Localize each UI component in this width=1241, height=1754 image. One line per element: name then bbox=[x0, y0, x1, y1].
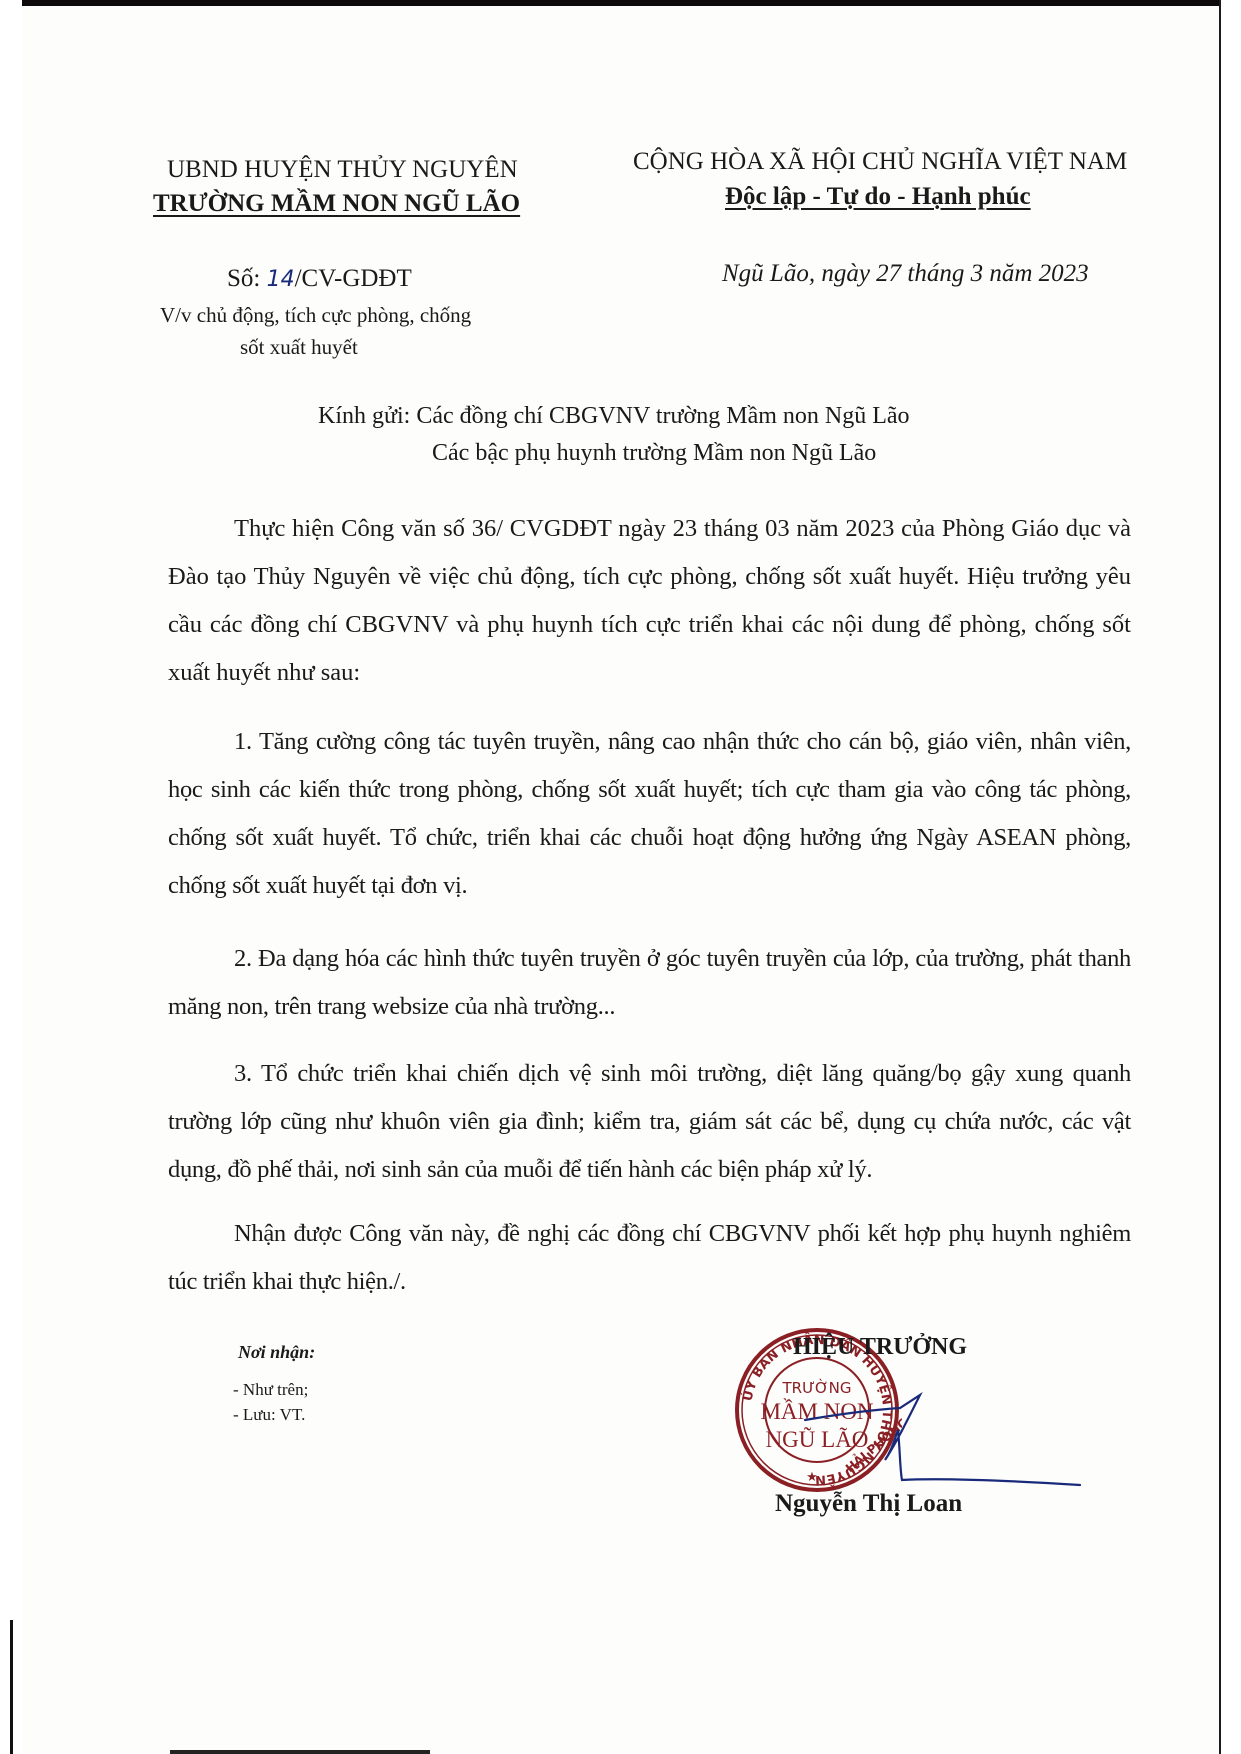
document-number-suffix: /CV-GDĐT bbox=[295, 265, 412, 292]
recipients-list-item: - Như trên; bbox=[233, 1380, 308, 1400]
scan-edge-bottom bbox=[170, 1750, 430, 1754]
item-3-text: 3. Tổ chức triển khai chiến dịch vệ sinh… bbox=[168, 1050, 1131, 1194]
subject-line-1: V/v chủ động, tích cực phòng, chống bbox=[160, 303, 471, 328]
scan-margin-right bbox=[1219, 0, 1241, 1754]
document-number-handwritten: 14 bbox=[267, 267, 295, 292]
national-motto: Độc lập - Tự do - Hạnh phúc bbox=[725, 183, 1031, 211]
organization-name: TRƯỜNG MẦM NON NGŨ LÃO bbox=[153, 190, 520, 218]
intro-paragraph: Thực hiện Công văn số 36/ CVGDĐT ngày 23… bbox=[168, 505, 1131, 697]
subject-line-2: sốt xuất huyết bbox=[240, 335, 358, 360]
recipients-title: Nơi nhận: bbox=[238, 1342, 315, 1363]
issuing-authority: UBND HUYỆN THỦY NGUYÊN bbox=[167, 156, 518, 184]
scan-edge-top bbox=[22, 0, 1222, 6]
intro-text: Thực hiện Công văn số 36/ CVGDĐT ngày 23… bbox=[168, 505, 1131, 697]
handwritten-signature-icon bbox=[800, 1390, 1100, 1500]
signer-title: HIỆU TRƯỞNG bbox=[793, 1334, 967, 1361]
recipients-line-1: Kính gửi: Các đồng chí CBGVNV trường Mầm… bbox=[318, 403, 910, 430]
document-number: Số: 14/CV-GDĐT bbox=[227, 265, 412, 293]
recipients-list-item: - Lưu: VT. bbox=[233, 1405, 305, 1425]
item-2-text: 2. Đa dạng hóa các hình thức tuyên truyề… bbox=[168, 935, 1131, 1031]
nation-name: CỘNG HÒA XÃ HỘI CHỦ NGHĨA VIỆT NAM bbox=[633, 148, 1127, 176]
document-number-prefix: Số: bbox=[227, 265, 260, 292]
closing-text: Nhận được Công văn này, đề nghị các đồng… bbox=[168, 1210, 1131, 1306]
item-1-paragraph: 1. Tăng cường công tác tuyên truyền, nân… bbox=[168, 718, 1131, 910]
closing-paragraph: Nhận được Công văn này, đề nghị các đồng… bbox=[168, 1210, 1131, 1306]
place-and-date: Ngũ Lão, ngày 27 tháng 3 năm 2023 bbox=[722, 260, 1089, 288]
signer-name: Nguyễn Thị Loan bbox=[775, 1490, 962, 1518]
item-3-paragraph: 3. Tổ chức triển khai chiến dịch vệ sinh… bbox=[168, 1050, 1131, 1194]
scan-edge-left bbox=[10, 1620, 13, 1754]
item-1-text: 1. Tăng cường công tác tuyên truyền, nân… bbox=[168, 718, 1131, 910]
scan-margin-left bbox=[0, 0, 22, 1754]
item-2-paragraph: 2. Đa dạng hóa các hình thức tuyên truyề… bbox=[168, 935, 1131, 1031]
recipients-line-2: Các bậc phụ huynh trường Mầm non Ngũ Lão bbox=[432, 440, 876, 467]
